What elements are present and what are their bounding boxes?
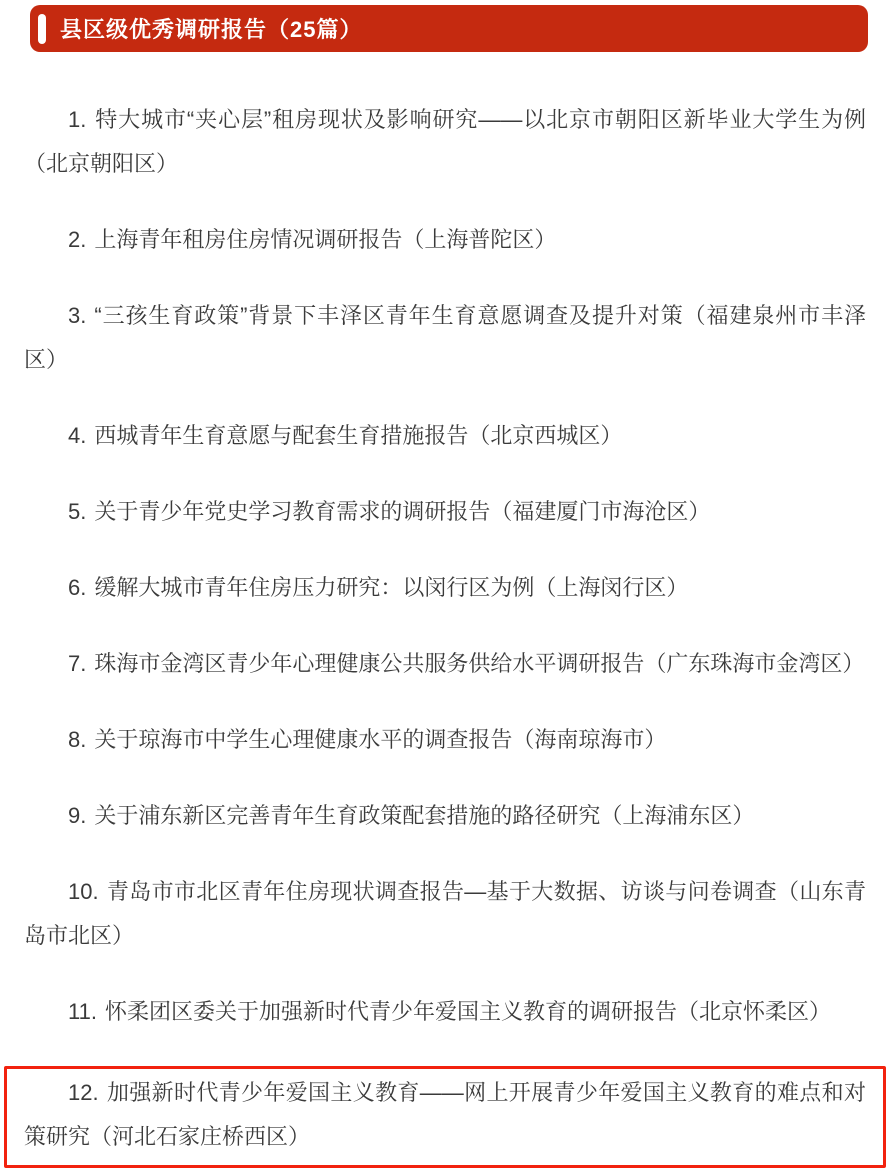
item-title: 青岛市市北区青年住房现状调查报告—基于大数据、访谈与问卷调查（山东青岛市北区） <box>24 879 866 948</box>
section-title: 县区级优秀调研报告（25篇） <box>60 13 362 44</box>
item-number: 11. <box>68 999 97 1024</box>
item-title: 关于琼海市中学生心理健康水平的调查报告（海南琼海市） <box>94 727 666 752</box>
item-title: “三孩生育政策”背景下丰泽区青年生育意愿调查及提升对策（福建泉州市丰泽区） <box>24 303 866 372</box>
item-number: 3. <box>68 303 86 328</box>
list-item-highlighted: 12.加强新时代青少年爱国主义教育——网上开展青少年爱国主义教育的难点和对策研究… <box>24 1071 866 1159</box>
item-title: 珠海市金湾区青少年心理健康公共服务供给水平调研报告（广东珠海市金湾区） <box>94 651 864 676</box>
section-header-banner: 县区级优秀调研报告（25篇） <box>30 5 868 52</box>
list-item: 10.青岛市市北区青年住房现状调查报告—基于大数据、访谈与问卷调查（山东青岛市北… <box>24 870 866 958</box>
list-item: 2.上海青年租房住房情况调研报告（上海普陀区） <box>24 218 866 262</box>
item-number: 8. <box>68 727 86 752</box>
item-number: 5. <box>68 499 86 524</box>
item-title: 特大城市“夹心层”租房现状及影响研究——以北京市朝阳区新毕业大学生为例（北京朝阳… <box>24 107 866 176</box>
item-number: 7. <box>68 651 86 676</box>
item-title: 加强新时代青少年爱国主义教育——网上开展青少年爱国主义教育的难点和对策研究（河北… <box>24 1080 866 1149</box>
item-number: 1. <box>68 107 86 132</box>
accent-bar-icon <box>38 14 46 44</box>
list-item: 5.关于青少年党史学习教育需求的调研报告（福建厦门市海沧区） <box>24 490 866 534</box>
item-number: 6. <box>68 575 86 600</box>
list-item: 3.“三孩生育政策”背景下丰泽区青年生育意愿调查及提升对策（福建泉州市丰泽区） <box>24 294 866 382</box>
item-title: 上海青年租房住房情况调研报告（上海普陀区） <box>94 227 556 252</box>
list-item: 9.关于浦东新区完善青年生育政策配套措施的路径研究（上海浦东区） <box>24 794 866 838</box>
item-number: 9. <box>68 803 86 828</box>
item-number: 10. <box>68 879 99 904</box>
item-title: 缓解大城市青年住房压力研究：以闵行区为例（上海闵行区） <box>94 575 688 600</box>
list-item: 1.特大城市“夹心层”租房现状及影响研究——以北京市朝阳区新毕业大学生为例（北京… <box>24 98 866 186</box>
item-title: 怀柔团区委关于加强新时代青少年爱国主义教育的调研报告（北京怀柔区） <box>105 999 831 1024</box>
item-title: 西城青年生育意愿与配套生育措施报告（北京西城区） <box>94 423 622 448</box>
item-number: 4. <box>68 423 86 448</box>
item-title: 关于浦东新区完善青年生育政策配套措施的路径研究（上海浦东区） <box>94 803 754 828</box>
list-item: 7.珠海市金湾区青少年心理健康公共服务供给水平调研报告（广东珠海市金湾区） <box>24 642 866 686</box>
list-item: 6.缓解大城市青年住房压力研究：以闵行区为例（上海闵行区） <box>24 566 866 610</box>
list-item: 8.关于琼海市中学生心理健康水平的调查报告（海南琼海市） <box>24 718 866 762</box>
item-title: 关于青少年党史学习教育需求的调研报告（福建厦门市海沧区） <box>94 499 710 524</box>
item-number: 12. <box>68 1080 99 1105</box>
list-item: 4.西城青年生育意愿与配套生育措施报告（北京西城区） <box>24 414 866 458</box>
report-list: 1.特大城市“夹心层”租房现状及影响研究——以北京市朝阳区新毕业大学生为例（北京… <box>0 98 890 1168</box>
item-number: 2. <box>68 227 86 252</box>
list-item: 11.怀柔团区委关于加强新时代青少年爱国主义教育的调研报告（北京怀柔区） <box>24 990 866 1034</box>
highlight-box: 12.加强新时代青少年爱国主义教育——网上开展青少年爱国主义教育的难点和对策研究… <box>4 1066 886 1168</box>
